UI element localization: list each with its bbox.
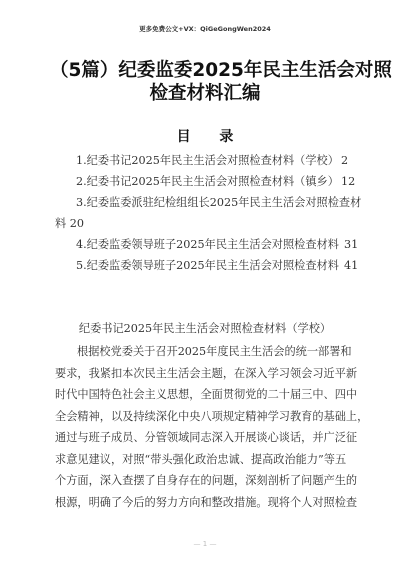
table-of-contents: 1.纪委书记2025年民主生活会对照检查材料（学校） 2 2.纪委书记2025年…	[55, 150, 355, 276]
toc-item-page: 2	[341, 150, 348, 171]
page-number: — 1 —	[0, 540, 410, 548]
toc-item-label[interactable]: 3.纪委监委派驻纪检组组长2025年民主生活会对照检查材	[76, 192, 361, 213]
watermark-header: 更多免费公文+VX：QiGeGongWen2024	[0, 24, 410, 33]
section-title: 纪委书记2025年民主生活会对照检查材料（学校）	[0, 320, 410, 336]
body-line: 根据校党委关于召开2025年度民主生活会的统一部署和	[55, 341, 355, 363]
document-title-line-1: （5篇）纪委监委2025年民主生活会对照	[50, 59, 360, 82]
toc-item[interactable]: 1.纪委书记2025年民主生活会对照检查材料（学校） 2	[55, 150, 355, 171]
toc-item-label-continued[interactable]: 料 20	[55, 213, 84, 234]
body-paragraph: 根据校党委关于召开2025年度民主生活会的统一部署和 要求，我紧扣本次民主生活会…	[55, 341, 355, 513]
document-title: （5篇）纪委监委2025年民主生活会对照 检查材料汇编	[50, 59, 360, 105]
toc-item-page: 12	[341, 171, 355, 192]
toc-item[interactable]: 4.纪委监委领导班子2025年民主生活会对照检查材料 31	[55, 234, 355, 255]
body-line: 要求，我紧扣本次民主生活会主题，在深入学习领会习近平新	[55, 363, 355, 385]
toc-heading: 目 录	[0, 126, 410, 146]
toc-item-label[interactable]: 2.纪委书记2025年民主生活会对照检查材料（镇乡）	[76, 171, 339, 192]
toc-item[interactable]: 2.纪委书记2025年民主生活会对照检查材料（镇乡） 12	[55, 171, 355, 192]
toc-item-page: 31	[344, 234, 358, 255]
document-title-line-2: 检查材料汇编	[50, 82, 360, 105]
body-line: 个方面，深入查摆了自身存在的问题，深刻剖析了问题产生的	[55, 470, 355, 492]
document-page: 更多免费公文+VX：QiGeGongWen2024 （5篇）纪委监委2025年民…	[0, 0, 410, 580]
body-line: 时代中国特色社会主义思想，全面贯彻党的二十届三中、四中	[55, 384, 355, 406]
body-line: 通过与班子成员、分管领域同志深入开展谈心谈话，并广泛征	[55, 427, 355, 449]
toc-item-page: 41	[344, 255, 358, 276]
body-line: 全会精神，以及持续深化中央八项规定精神学习教育的基础上，	[55, 406, 355, 428]
toc-item[interactable]: 3.纪委监委派驻纪检组组长2025年民主生活会对照检查材 料 20	[55, 192, 355, 234]
body-line: 求意见建议，对照“带头强化政治忠诚、提高政治能力”等五	[55, 449, 355, 471]
toc-item[interactable]: 5.纪委监委领导班子2025年民主生活会对照检查材料 41	[55, 255, 355, 276]
toc-item-label[interactable]: 4.纪委监委领导班子2025年民主生活会对照检查材料	[76, 234, 339, 255]
toc-item-label[interactable]: 5.纪委监委领导班子2025年民主生活会对照检查材料	[76, 255, 339, 276]
body-line: 根源，明确了今后的努力方向和整改措施。现将个人对照检查	[55, 492, 355, 514]
toc-item-label[interactable]: 1.纪委书记2025年民主生活会对照检查材料（学校）	[76, 150, 339, 171]
